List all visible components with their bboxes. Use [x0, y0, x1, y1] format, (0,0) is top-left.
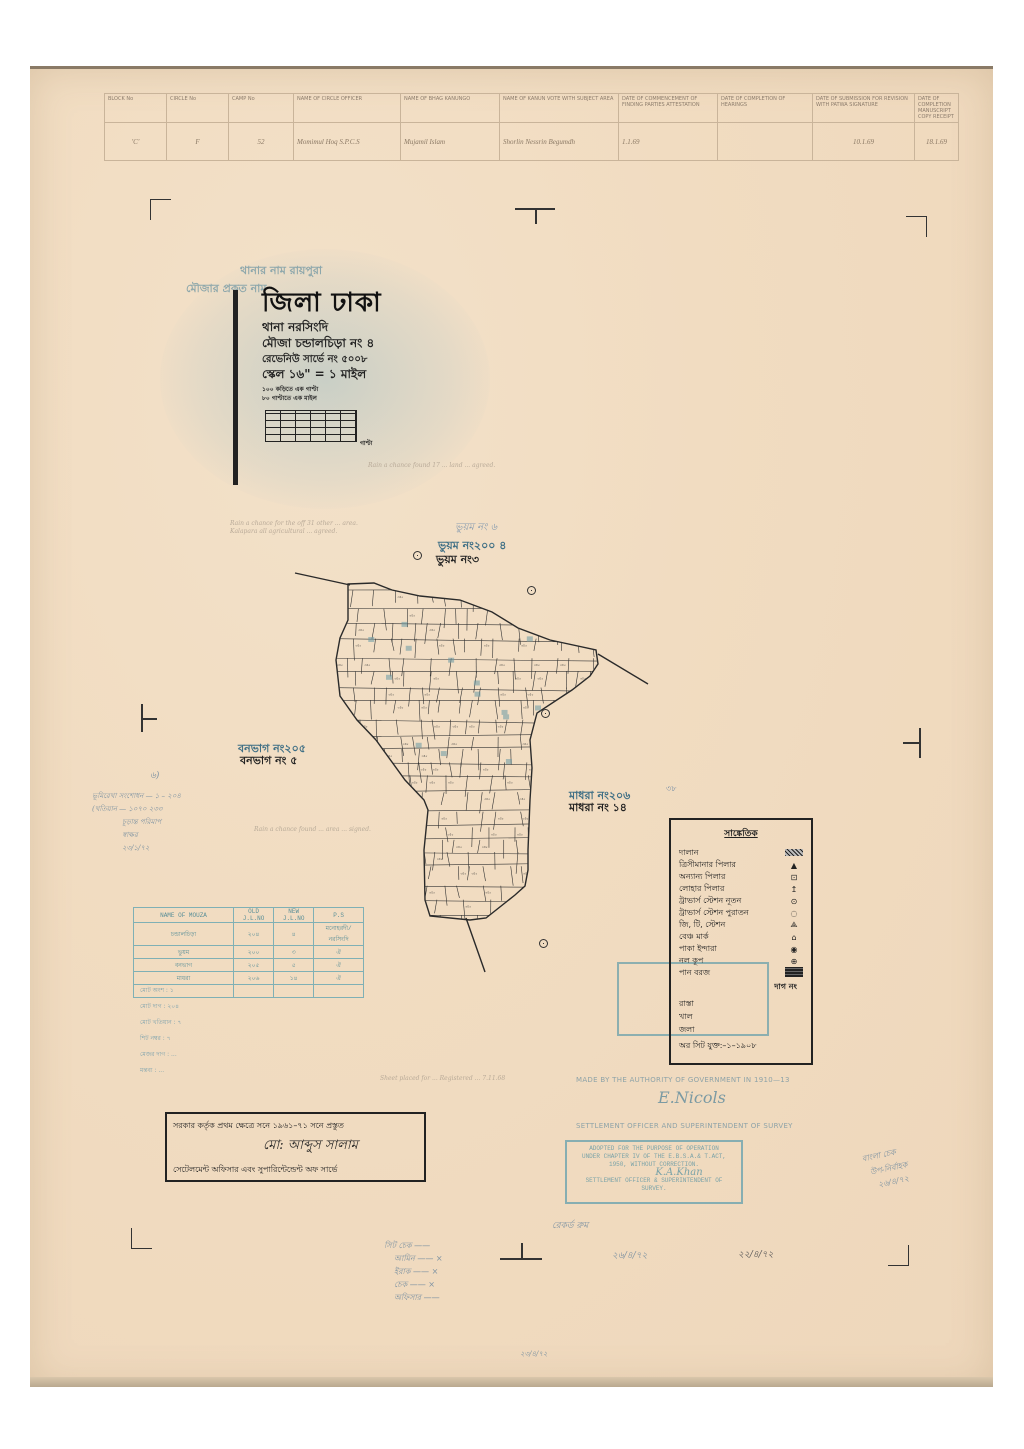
- svg-text:৩৪৫: ৩৪৫: [575, 871, 581, 875]
- svg-text:৩৪৫: ৩৪৫: [424, 693, 430, 697]
- legend-item: জি, টি, স্টেশন⟁: [671, 919, 811, 931]
- bottom-sign-b: ২৬/৪/৭২: [612, 1248, 647, 1263]
- svg-text:৩৪৫: ৩৪৫: [429, 780, 435, 784]
- mouza-cell: মনোহরদী/নরসিংদি: [314, 923, 364, 946]
- svg-text:৩৪৫: ৩৪৫: [523, 705, 529, 709]
- road-south: [466, 918, 485, 972]
- svg-text:৩৪৫: ৩৪৫: [553, 614, 559, 618]
- parcel-map: ৩৪৫৩৪৫৩৪৫৩৪৫৩৪৫৩৪৫৩৪৫৩৪৫৩৪৫৩৪৫৩৪৫৩৪৫৩৪৫৩…: [0, 0, 1024, 1449]
- legend-symbol-icon: ◌: [785, 909, 803, 918]
- left-hand-line: (খতিয়ান — ১০৭০ ২৩৩: [92, 803, 162, 815]
- mouza-note: মোট দাগ : ২০৪: [140, 1001, 179, 1012]
- mouza-cell: ঐ: [314, 959, 364, 972]
- svg-text:৩৪৫: ৩৪৫: [551, 832, 557, 836]
- checklist-item: সিট চেক ——: [384, 1240, 430, 1253]
- svg-text:৩৪৫: ৩৪৫: [491, 832, 497, 836]
- svg-text:৩৪৫: ৩৪৫: [397, 595, 403, 599]
- svg-text:৩৪৫: ৩৪৫: [347, 871, 353, 875]
- svg-text:৩৪৫: ৩৪৫: [359, 754, 365, 758]
- svg-text:৩৪৫: ৩৪৫: [559, 595, 565, 599]
- svg-text:৩৪৫: ৩৪৫: [546, 767, 552, 771]
- svg-text:৩৪৫: ৩৪৫: [358, 628, 364, 632]
- mouza-cell: ৩: [274, 946, 314, 959]
- east-hand-label: ৩৮: [666, 783, 676, 796]
- made-by-authority: MADE BY THE AUTHORITY OF GOVERNMENT IN 1…: [576, 1076, 790, 1084]
- svg-text:৩৪৫: ৩৪৫: [560, 920, 566, 924]
- mouza-cell: [234, 985, 274, 998]
- svg-text:৩৪৫: ৩৪৫: [529, 891, 535, 895]
- adopted-footer: SETTLEMENT OFFICER & SUPERINTENDENT OF: [567, 1177, 741, 1185]
- legend-extra: খাল: [671, 1011, 811, 1024]
- svg-text:৩৪৫: ৩৪৫: [337, 663, 343, 667]
- bengali-box-signature: মো: আব্দুস সালাম: [263, 1136, 358, 1157]
- mouza-row: ভুয়ম২০০৩ঐ: [134, 946, 364, 959]
- mouza-header: NAME OF MOUZA: [134, 908, 234, 923]
- left-hand-line: চূড়ান্ত পরিমাপ: [122, 816, 161, 828]
- svg-text:৩৪৫: ৩৪৫: [534, 663, 540, 667]
- legend-item: লোহার পিলার↥: [671, 883, 811, 895]
- svg-text:৩৪৫: ৩৪৫: [588, 857, 594, 861]
- legend-sheet-mark: অর সিট যুক্ত:–১–১৯০৮: [671, 1040, 811, 1053]
- svg-text:৩৪৫: ৩৪৫: [403, 817, 409, 821]
- svg-text:৩৪৫: ৩৪৫: [507, 780, 513, 784]
- svg-text:৩৪৫: ৩৪৫: [388, 693, 394, 697]
- svg-text:৩৪৫: ৩৪৫: [398, 705, 404, 709]
- svg-text:৩৪৫: ৩৪৫: [586, 725, 592, 729]
- svg-text:৩৪৫: ৩৪৫: [452, 725, 458, 729]
- mouza-cell: চন্ডালচিড়া: [134, 923, 234, 946]
- svg-text:৩৪৫: ৩৪৫: [448, 832, 454, 836]
- mouza-note: মোট অংশ : ১: [140, 985, 174, 996]
- bengali-box-line1: সরকার কর্তৃক প্রথম ক্ষেত্রে সনে ১৯৬১–৭১ …: [173, 1120, 344, 1133]
- bottom-sign-a: রেকর্ড রুম: [552, 1218, 588, 1233]
- mouza-cell: ঐ: [314, 972, 364, 985]
- svg-text:৩৪৫: ৩৪৫: [460, 871, 466, 875]
- svg-text:৩৪৫: ৩৪৫: [437, 857, 443, 861]
- mouza-cell: ২০০: [234, 946, 274, 959]
- traverse-station-icon: [413, 551, 422, 560]
- road-east: [598, 654, 648, 684]
- svg-text:৩৪৫: ৩৪৫: [537, 676, 543, 680]
- svg-text:৩৪৫: ৩৪৫: [482, 845, 488, 849]
- svg-text:৩৪৫: ৩৪৫: [422, 754, 428, 758]
- svg-text:৩৪৫: ৩৪৫: [560, 663, 566, 667]
- mouza-header: OLD J.L.NO: [234, 908, 274, 923]
- svg-text:৩৪৫: ৩৪৫: [516, 614, 522, 618]
- checklist-item: চেক —— ×: [394, 1279, 435, 1292]
- svg-text:৩৪৫: ৩৪৫: [538, 754, 544, 758]
- svg-text:৩৪৫: ৩৪৫: [434, 725, 440, 729]
- legend: সাঙ্কেতিক দালানত্রিসীমানার পিলার▲অন্যান্…: [669, 818, 813, 1065]
- svg-text:৩৪৫: ৩৪৫: [500, 693, 506, 697]
- svg-text:৩৪৫: ৩৪৫: [429, 891, 435, 895]
- adopted-footer: SURVEY.: [567, 1185, 741, 1193]
- mouza-cell: [314, 985, 364, 998]
- traverse-station-icon: [527, 586, 536, 595]
- svg-text:৩৪৫: ৩৪৫: [337, 817, 343, 821]
- legend-symbol-icon: [785, 967, 803, 979]
- svg-text:৩৪৫: ৩৪৫: [471, 871, 477, 875]
- svg-text:৩৪৫: ৩৪৫: [577, 891, 583, 895]
- legend-symbol-icon: [785, 849, 803, 858]
- mouza-row: চন্ডালচিড়া২০৪৪মনোহরদী/নরসিংদি: [134, 923, 364, 946]
- mouza-cell: [274, 985, 314, 998]
- svg-text:৩৪৫: ৩৪৫: [485, 891, 491, 895]
- legend-item: ট্রাভার্স স্টেশন পুরাতন◌: [671, 907, 811, 919]
- legend-symbol-icon: ▲: [785, 861, 803, 870]
- left-hand-line: স্বাক্ষর: [122, 829, 138, 841]
- legend-symbol-icon: ⊡: [785, 873, 803, 882]
- legend-symbol-icon: ◉: [785, 945, 803, 954]
- legend-item-label: পান বরজ: [679, 967, 710, 980]
- left-hand-line: ভূমিরেখা সংশোধন — ১ – ২০৪: [92, 790, 181, 802]
- legend-item: বেঞ্চ মার্ক⌂: [671, 931, 811, 943]
- mouza-row: বনভাগ২০৫৫ঐ: [134, 959, 364, 972]
- checklist-item: ইরাক —— ×: [394, 1266, 438, 1279]
- legend-symbol-icon: ⌂: [785, 933, 803, 942]
- svg-text:৩৪৫: ৩৪৫: [523, 817, 529, 821]
- mouza-cell: ভুয়ম: [134, 946, 234, 959]
- svg-text:৩৪৫: ৩৪৫: [594, 705, 600, 709]
- svg-text:৩৪৫: ৩৪৫: [409, 614, 415, 618]
- svg-text:৩৪৫: ৩৪৫: [522, 742, 528, 746]
- traverse-station-icon: [539, 939, 548, 948]
- svg-text:৩৪৫: ৩৪৫: [364, 663, 370, 667]
- legend-extra: জলা: [671, 1024, 811, 1037]
- svg-text:৩৪৫: ৩৪৫: [456, 845, 462, 849]
- svg-text:৩৪৫: ৩৪৫: [483, 767, 489, 771]
- svg-text:৩৪৫: ৩৪৫: [515, 920, 521, 924]
- mouza-header: P.S: [314, 908, 364, 923]
- legend-symbol-icon: ⊕: [785, 957, 803, 966]
- svg-text:৩৪৫: ৩৪৫: [337, 614, 343, 618]
- svg-text:৩৪৫: ৩৪৫: [535, 871, 541, 875]
- svg-text:৩৪৫: ৩৪৫: [520, 797, 526, 801]
- svg-text:৩৪৫: ৩৪৫: [412, 780, 418, 784]
- svg-text:৩৪৫: ৩৪৫: [399, 832, 405, 836]
- svg-text:৩৪৫: ৩৪৫: [375, 871, 381, 875]
- svg-text:৩৪৫: ৩৪৫: [528, 693, 534, 697]
- svg-text:৩৪৫: ৩৪৫: [448, 780, 454, 784]
- north-new-label: ভুয়ম নং৩: [436, 551, 479, 570]
- mouza-note: মোট খতিয়ান : ৭: [140, 1017, 181, 1028]
- svg-text:৩৪৫: ৩৪৫: [429, 628, 435, 632]
- checklist-item: আমিন —— ×: [394, 1253, 443, 1266]
- legend-item: ত্রিসীমানার পিলার▲: [671, 859, 811, 871]
- svg-text:৩৪৫: ৩৪৫: [484, 797, 490, 801]
- svg-text:৩৪৫: ৩৪৫: [337, 628, 343, 632]
- mouza-row: মাধরা২০৬১৪ঐ: [134, 972, 364, 985]
- svg-text:৩৪৫: ৩৪৫: [586, 871, 592, 875]
- legend-symbol-icon: ⊙: [785, 897, 803, 906]
- svg-text:৩৪৫: ৩৪৫: [394, 676, 400, 680]
- svg-text:৩৪৫: ৩৪৫: [515, 676, 521, 680]
- svg-text:৩৪৫: ৩৪৫: [535, 742, 541, 746]
- mouza-cell: ১৪: [274, 972, 314, 985]
- legend-dag-label: দাগ নং: [671, 981, 811, 994]
- east-new-label: মাধরা নং ১৪: [569, 799, 627, 818]
- svg-text:৩৪৫: ৩৪৫: [469, 725, 475, 729]
- mouza-boundary: [336, 583, 598, 920]
- svg-text:৩৪৫: ৩৪৫: [337, 797, 343, 801]
- svg-text:৩৪৫: ৩৪৫: [526, 595, 532, 599]
- bengali-settlement-box: সরকার কর্তৃক প্রথম ক্ষেত্রে সনে ১৯৬১–৭১ …: [165, 1112, 426, 1182]
- mouza-note: মন্তব্য : ...: [140, 1065, 164, 1076]
- mouza-note: মেজর দাগ : ...: [140, 1049, 177, 1060]
- legend-item: ট্রাভার্স স্টেশন নূতন⊙: [671, 895, 811, 907]
- legend-extra: রাস্তা: [671, 998, 811, 1011]
- svg-text:৩৪৫: ৩৪৫: [498, 725, 504, 729]
- mouza-cell: ৪: [274, 923, 314, 946]
- pencil-note: Sheet placed for ... Registered ... 7.11…: [380, 1075, 530, 1083]
- svg-text:৩৪৫: ৩৪৫: [590, 742, 596, 746]
- svg-text:৩৪৫: ৩৪৫: [465, 905, 471, 909]
- left-hand-line: ২৩/১/৭২: [122, 842, 149, 854]
- mouza-cell: ৫: [274, 959, 314, 972]
- svg-text:৩৪৫: ৩৪৫: [439, 644, 445, 648]
- adopted-line: 1950, WITHOUT CORRECTION.: [567, 1161, 741, 1169]
- legend-item: পাকা ইন্দারা◉: [671, 943, 811, 955]
- mouza-cell: মাধরা: [134, 972, 234, 985]
- mouza-header: NEW J.L.NO: [274, 908, 314, 923]
- svg-text:৩৪৫: ৩৪৫: [502, 920, 508, 924]
- legend-item: পান বরজ: [671, 967, 811, 979]
- adopted-stamp: ADOPTED FOR THE PURPOSE OF OPERATION UND…: [565, 1140, 743, 1204]
- svg-text:৩৪৫: ৩৪৫: [433, 676, 439, 680]
- svg-text:৩৪৫: ৩৪৫: [600, 832, 606, 836]
- pencil-note: Rain a chance found 17 ... land ... agre…: [368, 462, 518, 470]
- mouza-note: শিট নম্বর : ৭: [140, 1033, 171, 1044]
- settlement-officer-title: SETTLEMENT OFFICER AND SUPERINTENDENT OF…: [576, 1122, 793, 1130]
- bottom-note: ২৩/৪/৭২: [520, 1348, 547, 1360]
- bottom-sign-c: ২২/৪/৭২: [738, 1247, 773, 1262]
- svg-text:৩৪৫: ৩৪৫: [589, 614, 595, 618]
- left-hand-top: ৬): [150, 768, 159, 783]
- adopted-signature: K.A.Khan: [567, 1169, 741, 1177]
- authority-signature: E.Nicols: [658, 1088, 726, 1107]
- svg-text:৩৪৫: ৩৪৫: [355, 644, 361, 648]
- mouza-cell: বনভাগ: [134, 959, 234, 972]
- svg-text:৩৪৫: ৩৪৫: [403, 857, 409, 861]
- svg-text:৩৪৫: ৩৪৫: [498, 817, 504, 821]
- svg-text:৩৪৫: ৩৪৫: [575, 754, 581, 758]
- svg-text:৩৪৫: ৩৪৫: [421, 705, 427, 709]
- legend-item: অন্যান্য পিলার⊡: [671, 871, 811, 883]
- checklist-item: অফিসার ——: [394, 1292, 440, 1305]
- svg-text:৩৪৫: ৩৪৫: [451, 742, 457, 746]
- west-new-label: বনভাগ নং ৫: [240, 752, 297, 771]
- mouza-cell: ২০৫: [234, 959, 274, 972]
- legend-item: নল কূপ⊕: [671, 955, 811, 967]
- bengali-box-line2: সেটেলমেন্ট অফিসার এবং সুপারিন্টেন্ডেন্ট …: [173, 1164, 337, 1177]
- legend-item: দালান: [671, 847, 811, 859]
- svg-text:৩৪৫: ৩৪৫: [441, 817, 447, 821]
- adopted-line: UNDER CHAPTER IV OF THE E.B.S.A.& T.ACT,: [567, 1153, 741, 1161]
- road-northwest: [295, 573, 350, 585]
- svg-text:৩৪৫: ৩৪৫: [337, 595, 343, 599]
- svg-text:৩৪৫: ৩৪৫: [421, 767, 427, 771]
- svg-text:৩৪৫: ৩৪৫: [475, 595, 481, 599]
- svg-text:৩৪৫: ৩৪৫: [442, 920, 448, 924]
- legend-title: সাঙ্কেতিক: [671, 826, 811, 841]
- svg-text:৩৪৫: ৩৪৫: [484, 644, 490, 648]
- adopted-line: ADOPTED FOR THE PURPOSE OF OPERATION: [567, 1145, 741, 1153]
- traverse-station-icon: [541, 709, 550, 718]
- pencil-note: Rain a chance for the off 31 other ... a…: [230, 520, 370, 536]
- svg-text:৩৪৫: ৩৪৫: [521, 644, 527, 648]
- mouza-cell: ২০৪: [234, 923, 274, 946]
- svg-text:৩৪৫: ৩৪৫: [373, 845, 379, 849]
- mouza-cell: ২০৬: [234, 972, 274, 985]
- svg-text:৩৪৫: ৩৪৫: [499, 663, 505, 667]
- svg-text:৩৪৫: ৩৪৫: [403, 742, 409, 746]
- mouza-cell: ঐ: [314, 946, 364, 959]
- legend-symbol-icon: ⟁: [785, 920, 803, 930]
- hand-north-label: ভুয়ম নং ৬: [455, 520, 497, 537]
- legend-items: দালানত্রিসীমানার পিলার▲অন্যান্য পিলার⊡লো…: [671, 847, 811, 979]
- legend-symbol-icon: ↥: [785, 885, 803, 894]
- svg-text:৩৪৫: ৩৪৫: [433, 767, 439, 771]
- pencil-note: Rain a chance found ... area ... signed.: [254, 826, 384, 834]
- svg-text:৩৪৫: ৩৪৫: [517, 832, 523, 836]
